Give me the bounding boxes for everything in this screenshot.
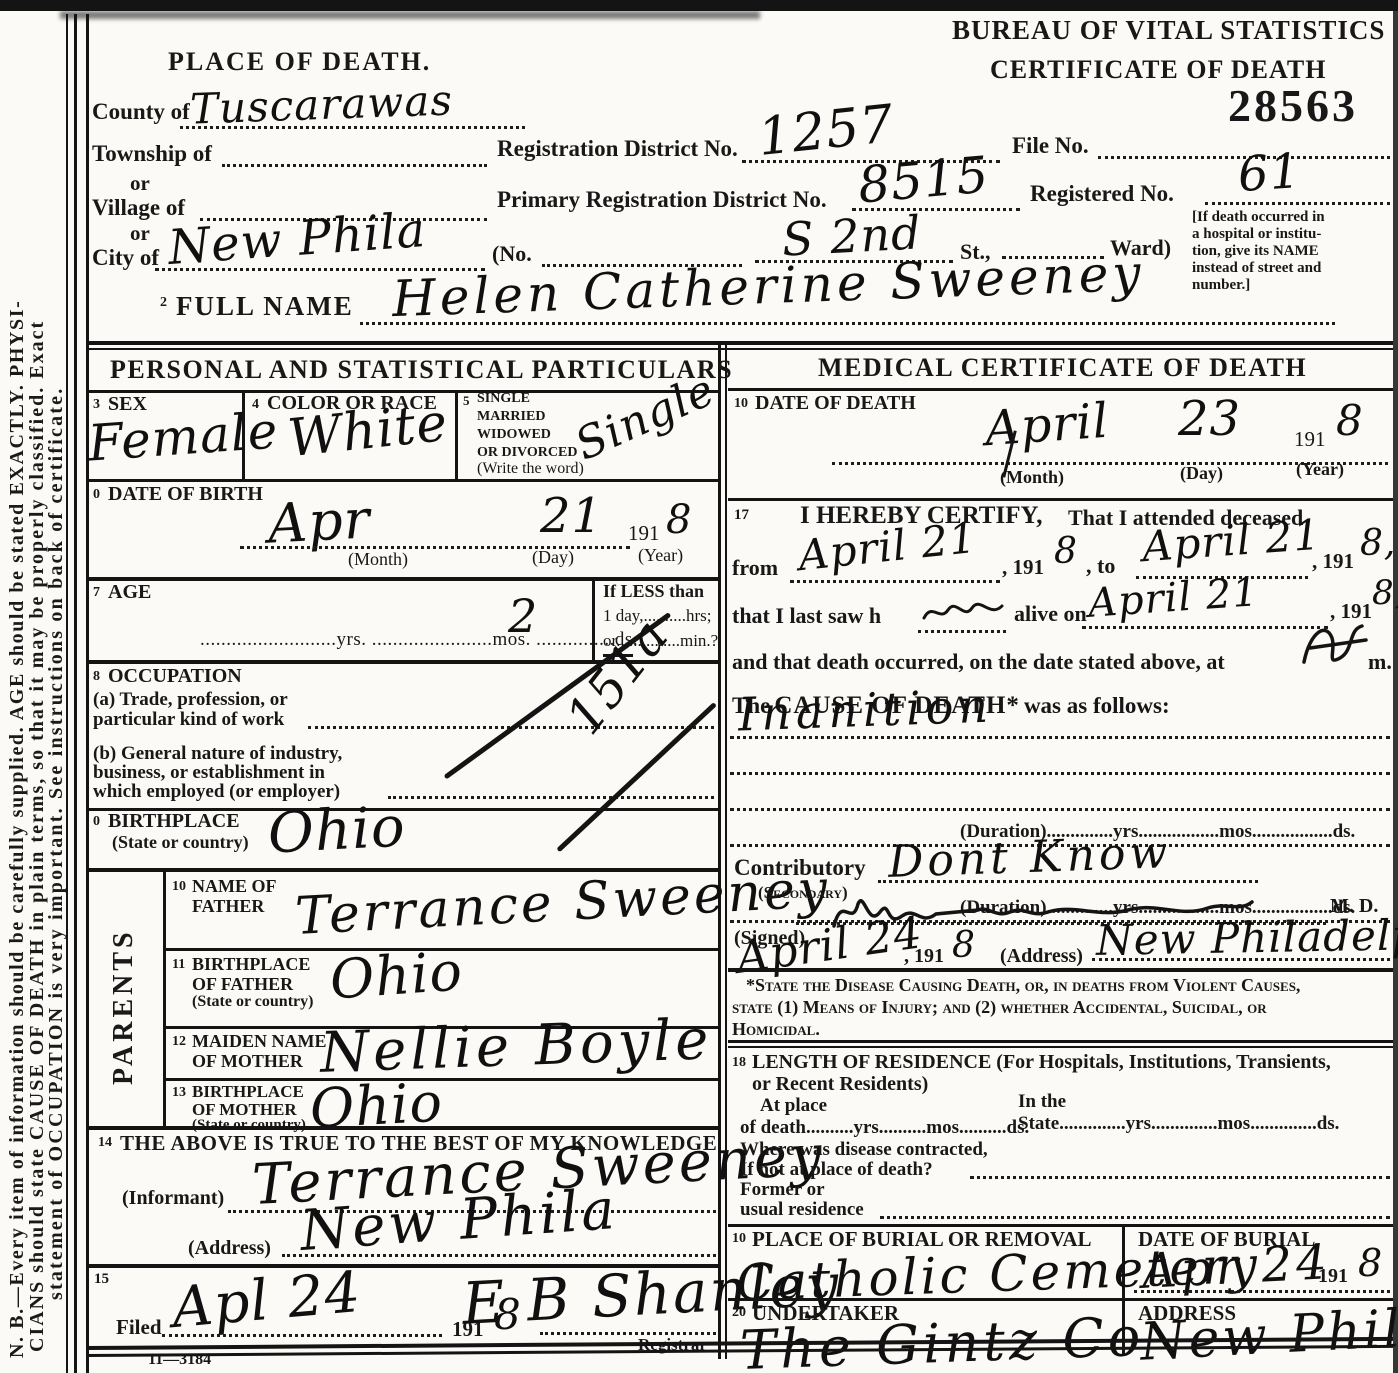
occ-b1: (b) General nature of industry, — [93, 744, 342, 764]
fullname-num: 2 — [160, 296, 167, 311]
sex-row-rule — [86, 479, 718, 482]
top-scan-smear — [60, 11, 760, 19]
from-year-digit: 8 — [1054, 536, 1078, 568]
occ-b-line — [388, 796, 714, 799]
footnote-line2: state (1) Means of Injury; and (2) wheth… — [732, 998, 1267, 1017]
stamp-number: 28563 — [1228, 82, 1358, 130]
form-left-border — [86, 14, 89, 1373]
age-line: ..........................yrs. .........… — [200, 630, 638, 650]
registered-no-value: 61 — [1237, 150, 1303, 197]
footnote-line1: *State the Disease Causing Death, or, in… — [746, 976, 1300, 995]
bp-state-hint: (State or country) — [112, 833, 249, 852]
reg-district-value: 1257 — [756, 101, 896, 162]
cause-post: was as follows: — [1024, 693, 1170, 718]
sex-num: 3 — [93, 398, 100, 413]
to-191: , 191 — [1312, 550, 1354, 572]
sex-value: Female — [87, 408, 280, 466]
residence-label-2: or Recent Residents) — [752, 1074, 928, 1095]
dob-year-cap: (Year) — [638, 546, 683, 565]
from-191: , 191 — [1002, 556, 1044, 578]
no-label: (No. — [492, 242, 532, 265]
dod-month-cap: (Month) — [1000, 468, 1064, 487]
township-label: Township of — [92, 142, 212, 166]
father-name-l1: NAME OF — [192, 877, 277, 896]
informant-address-label: (Address) — [188, 1238, 271, 1259]
residence-num: 18 — [732, 1056, 746, 1071]
county-value: Tuscarawas — [189, 81, 453, 128]
dod-year-digit: 8 — [1336, 402, 1364, 440]
dob-label: DATE OF BIRTH — [108, 484, 263, 505]
alive-date-value: April 21 — [1087, 574, 1260, 622]
parents-bottom-rule — [86, 1126, 718, 1130]
in-state-line: State..............yrs..............mos.… — [1018, 1114, 1339, 1134]
mother-name-num: 12 — [172, 1035, 186, 1050]
death-certificate: N. B.—Every item of information should b… — [0, 0, 1398, 1373]
right-scan-edge — [1393, 0, 1398, 1373]
father-bp-num: 11 — [172, 958, 185, 973]
occurred-m-label: m. — [1368, 650, 1392, 673]
marital-hint: (Write the word) — [477, 461, 584, 478]
occ-a1: (a) Trade, profession, or — [93, 690, 288, 710]
contributory-label: Contributory — [734, 856, 866, 880]
to-year-digit: 8, — [1360, 528, 1396, 560]
or-label-1: or — [130, 172, 150, 194]
father-bp-hint: (State or country) — [192, 994, 313, 1011]
marital-l3: WIDOWED — [477, 428, 551, 443]
signed-address-line — [1092, 958, 1390, 961]
signed-bottom-rule — [728, 968, 1393, 972]
filed-num: 15 — [94, 1272, 109, 1288]
dod-day-value: 23 — [1178, 398, 1241, 441]
footnote-rule-a — [728, 1040, 1393, 1043]
to-date-value: April 21 — [1141, 516, 1322, 566]
former-label-1: Former or — [740, 1180, 825, 1200]
burial-year-digit: 8 — [1358, 1246, 1383, 1280]
mother-name-l2: OF MOTHER — [192, 1052, 303, 1071]
dob-day-cap: (Day) — [532, 548, 574, 567]
city-label: City of — [92, 246, 159, 270]
marital-l1: SINGLE — [477, 392, 530, 407]
birthplace-value: Ohio — [267, 802, 407, 860]
personal-title: PERSONAL AND STATISTICAL PARTICULARS — [110, 356, 733, 383]
signed-191: , 191 — [904, 946, 944, 967]
dob-year-printed: 191 — [628, 522, 660, 544]
burial-191: 191 — [1318, 1266, 1348, 1287]
former-line — [880, 1216, 1390, 1219]
dob-num: 0 — [93, 488, 100, 503]
sex-color-divider — [242, 390, 245, 479]
from-label: from — [732, 556, 778, 579]
dob-year-digit: 8 — [666, 502, 692, 538]
marital-l4: OR DIVORCED — [477, 446, 577, 461]
mother-name-l1: MAIDEN NAME — [192, 1032, 327, 1051]
cause-line-1 — [730, 736, 1390, 739]
reg-district-label: Registration District No. — [497, 137, 738, 161]
burial-num: 10 — [732, 1232, 746, 1247]
father-bp-l1: BIRTHPLACE — [192, 955, 310, 974]
time-of-death-scribble — [1296, 618, 1376, 670]
contributory-value: Dont Know — [887, 833, 1171, 882]
or-label-2: or — [130, 222, 150, 244]
former-label-2: usual residence — [740, 1200, 864, 1220]
registered-no-label: Registered No. — [1030, 182, 1174, 206]
mother-value: Nellie Boyle — [319, 1015, 713, 1079]
occurred-label: and that death occurred, on the date sta… — [732, 650, 1225, 673]
column-divider-a — [718, 345, 721, 1359]
cause-line-3 — [730, 808, 1390, 811]
county-line — [180, 126, 525, 129]
where-contracted-1: Where was disease contracted, — [740, 1140, 988, 1160]
color-marital-divider — [455, 390, 458, 479]
hospital-note-3: tion, give its NAME — [1192, 244, 1319, 260]
hospital-note-4: instead of street and — [1192, 261, 1321, 277]
fullname-label: FULL NAME — [176, 292, 354, 320]
alive-label: alive on — [1014, 602, 1087, 625]
cause-value: Inanition — [737, 686, 993, 736]
header-bottom-rule-a — [86, 341, 1393, 345]
contributory-line — [878, 880, 1258, 883]
occ-b2: business, or establishment in — [93, 763, 325, 783]
footnote-line3: Homicidal. — [732, 1020, 820, 1039]
dob-month: Apr — [267, 495, 372, 549]
fullname-line — [360, 322, 1335, 325]
dob-day: 21 — [540, 495, 603, 538]
sidebar-rule-2 — [74, 14, 77, 1373]
marital-value: Single — [570, 370, 720, 466]
her-scribble — [920, 598, 1005, 626]
to-label: , to — [1086, 554, 1115, 577]
alive-year-digit: 8, — [1372, 578, 1398, 609]
occ-a2: particular kind of work — [93, 710, 284, 730]
hospital-note-1: [If death occurred in — [1192, 210, 1325, 226]
bp-label: BIRTHPLACE — [108, 811, 240, 832]
medical-title-rule — [728, 388, 1393, 391]
residence-label-1: LENGTH OF RESIDENCE (For Hospitals, Inst… — [752, 1052, 1331, 1073]
bureau-title: BUREAU OF VITAL STATISTICS — [952, 16, 1385, 44]
at-place-line: of death..........yrs..........mos......… — [740, 1118, 1029, 1138]
signed-address-value: New Philadelphia O — [1096, 914, 1398, 959]
age-box-divider — [592, 577, 595, 660]
parents-strip-divider — [163, 868, 166, 1126]
age-days-value: 2 — [508, 596, 538, 637]
alive-line — [1082, 626, 1328, 629]
city-value: New Phila — [167, 209, 428, 270]
where-contracted-2: If not at place of death? — [740, 1160, 933, 1180]
father-bp-value: Ohio — [328, 947, 464, 1005]
attest-num: 14 — [98, 1136, 112, 1151]
hospital-note-2: a hospital or institu- — [1192, 227, 1321, 243]
at-place-label: At place — [760, 1096, 827, 1116]
signed-address-label: (Address) — [1000, 946, 1083, 967]
township-line — [222, 164, 487, 167]
village-label: Village of — [92, 196, 185, 220]
sidebar-note-line3: statement of OCCUPATION is very importan… — [45, 387, 68, 1300]
filed-label: Filed — [116, 1316, 162, 1338]
mother-bp-num: 13 — [172, 1086, 186, 1101]
occ-num: 8 — [93, 670, 100, 685]
where-line — [970, 1176, 1390, 1179]
county-label: County of — [92, 100, 190, 124]
filed-date-value: Apl 24 — [170, 1268, 363, 1335]
cause-line-2 — [730, 772, 1390, 775]
dod-day-cap: (Day) — [1180, 464, 1223, 483]
color-num: 4 — [252, 398, 259, 413]
color-value: White — [286, 400, 450, 463]
burial-date-value: Apr 24 — [1141, 1241, 1332, 1294]
file-no-label: File No. — [1012, 134, 1089, 158]
hospital-note-5: number.] — [1192, 278, 1250, 294]
signed-year-digit: 8 — [952, 930, 976, 962]
dod-year-printed: 191 — [1294, 428, 1326, 450]
footnote-rule-b — [728, 1046, 1393, 1048]
father-name-num: 10 — [172, 880, 186, 895]
dod-label: DATE OF DEATH — [755, 393, 916, 414]
header-bottom-rule-b — [86, 348, 1393, 350]
informant-label: (Informant) — [122, 1188, 224, 1209]
saw-blank-line — [918, 630, 1006, 633]
father-name-l2: FATHER — [192, 897, 264, 916]
dod-month-value: April — [984, 400, 1111, 452]
registered-no-line — [1205, 202, 1390, 205]
informant-address-line — [282, 1254, 716, 1257]
top-scan-edge — [0, 0, 1398, 11]
parents-label: PARENTS — [108, 928, 140, 1085]
marital-l2: MARRIED — [477, 410, 545, 425]
occ-label: OCCUPATION — [108, 666, 242, 687]
dod-row-rule — [728, 498, 1393, 501]
saw-label: that I last saw h — [732, 604, 881, 627]
filed-line — [162, 1334, 442, 1337]
from-line — [790, 580, 1000, 583]
place-of-death-label: PLACE OF DEATH. — [168, 48, 431, 75]
medical-title: MEDICAL CERTIFICATE OF DEATH — [818, 354, 1307, 381]
primary-reg-value: 8515 — [856, 152, 991, 208]
marital-num: 5 — [463, 394, 470, 408]
father-bp-l2: OF FATHER — [192, 975, 293, 994]
age-num: 7 — [93, 586, 100, 601]
bp-num: 0 — [93, 815, 100, 830]
undertaker-address-value: New Phila — [1139, 1304, 1398, 1366]
less-line1: If LESS than — [603, 582, 704, 601]
certify-num: 17 — [734, 508, 749, 524]
dob-month-cap: (Month) — [348, 550, 408, 569]
age-label: AGE — [108, 582, 151, 603]
mother-bp-l1: BIRTHPLACE — [192, 1083, 304, 1101]
dod-year-cap: (Year) — [1296, 460, 1344, 479]
informant-address-value: New Phila — [299, 1185, 620, 1257]
burial-date-line — [1134, 1290, 1390, 1293]
column-divider-b — [725, 345, 727, 1359]
dod-num: 10 — [734, 397, 748, 412]
in-the-label: In the — [1018, 1092, 1066, 1112]
primary-reg-label: Primary Registration District No. — [497, 188, 827, 212]
